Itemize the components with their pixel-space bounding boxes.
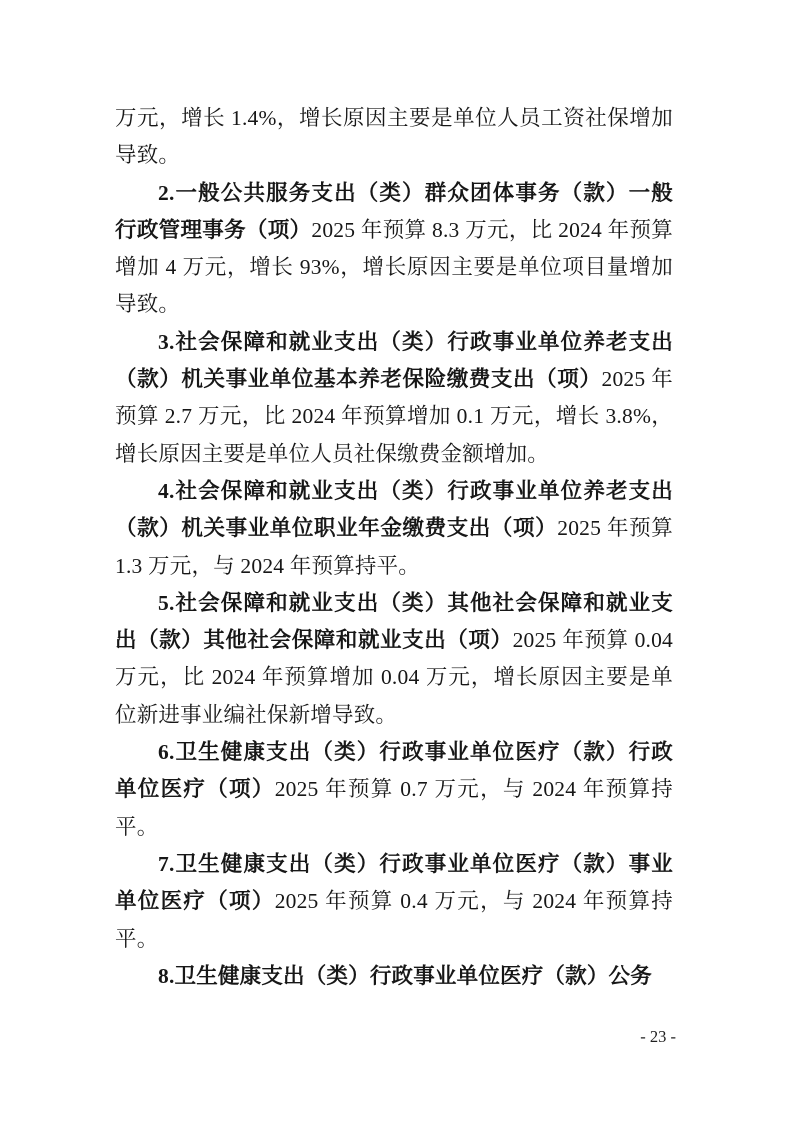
paragraph: 8.卫生健康支出（类）行政事业单位医疗（款）公务 [115, 958, 673, 995]
paragraph: 3.社会保障和就业支出（类）行政事业单位养老支出（款）机关事业单位基本养老保险缴… [115, 324, 673, 473]
document-page: 万元，增长 1.4%，增长原因主要是单位人员工资社保增加导致。 2.一般公共服务… [0, 0, 793, 1122]
paragraph: 6.卫生健康支出（类）行政事业单位医疗（款）行政单位医疗（项）2025 年预算 … [115, 734, 673, 846]
paragraph: 7.卫生健康支出（类）行政事业单位医疗（款）事业单位医疗（项）2025 年预算 … [115, 846, 673, 958]
paragraph: 5.社会保障和就业支出（类）其他社会保障和就业支出（款）其他社会保障和就业支出（… [115, 585, 673, 734]
paragraph-text: 万元，增长 1.4%，增长原因主要是单位人员工资社保增加导致。 [115, 106, 673, 167]
paragraph: 2.一般公共服务支出（类）群众团体事务（款）一般行政管理事务（项）2025 年预… [115, 175, 673, 324]
paragraph-heading: 8.卫生健康支出（类）行政事业单位医疗（款）公务 [158, 964, 652, 988]
page-number: - 23 - [640, 1027, 676, 1047]
paragraph-heading: 3.社会保障和就业支出（类）行政事业单位养老支出（款）机关事业单位基本养老保险缴… [115, 330, 673, 391]
paragraph: 4.社会保障和就业支出（类）行政事业单位养老支出（款）机关事业单位职业年金缴费支… [115, 473, 673, 585]
paragraph: 万元，增长 1.4%，增长原因主要是单位人员工资社保增加导致。 [115, 100, 673, 175]
document-body: 万元，增长 1.4%，增长原因主要是单位人员工资社保增加导致。 2.一般公共服务… [115, 100, 673, 995]
